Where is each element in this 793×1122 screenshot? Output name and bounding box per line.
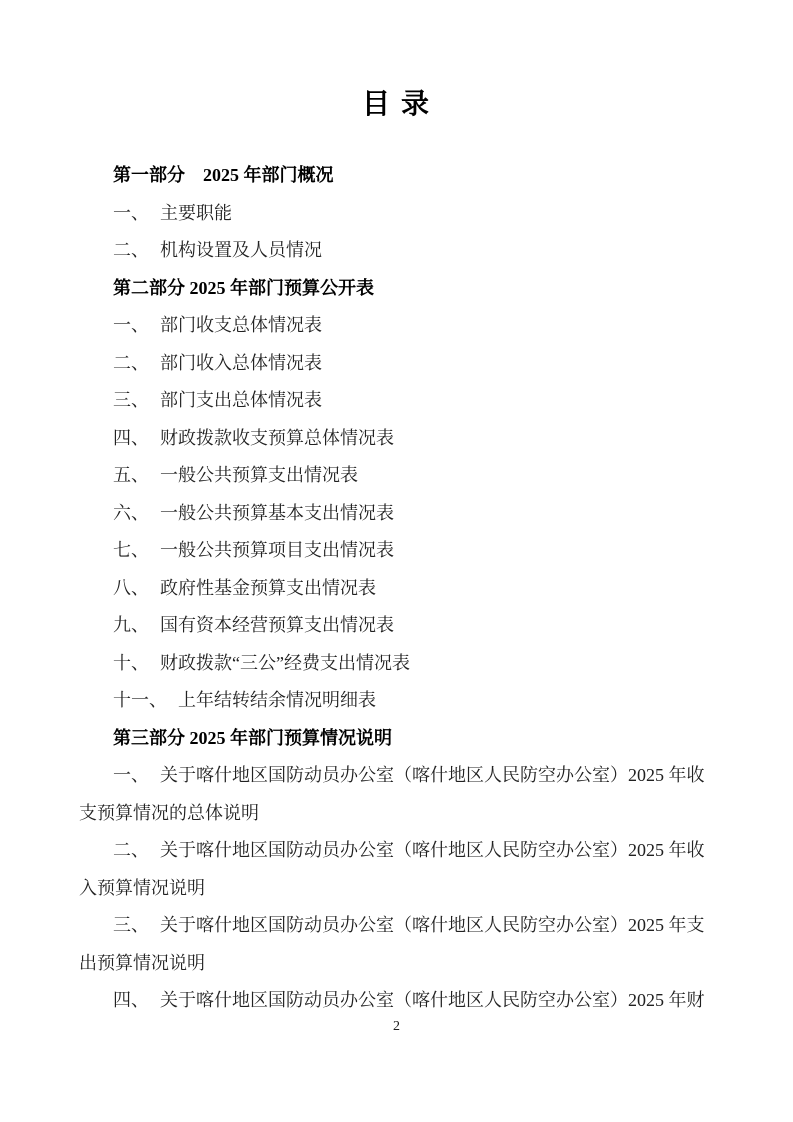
toc-item: 三、关于喀什地区国防动员办公室（喀什地区人民防空办公室）2025 年支	[79, 907, 715, 945]
toc-item: 十、财政拨款“三公”经费支出情况表	[79, 645, 715, 683]
toc-item: 七、一般公共预算项目支出情况表	[79, 532, 715, 570]
toc-item: 一、关于喀什地区国防动员办公室（喀什地区人民防空办公室）2025 年收	[79, 757, 715, 795]
toc-item-number: 四、	[113, 990, 149, 1010]
toc-item-text: 部门支出总体情况表	[160, 390, 322, 410]
section-heading: 第二部分 2025 年部门预算公开表	[79, 270, 715, 308]
toc-item-number: 六、	[113, 503, 149, 523]
toc-item-text: 政府性基金预算支出情况表	[160, 578, 376, 598]
toc-item-continuation: 出预算情况说明	[79, 945, 715, 983]
toc-item-number: 一、	[113, 315, 149, 335]
toc-item-number: 五、	[113, 465, 149, 485]
table-of-contents: 第一部分 2025 年部门概况一、主要职能二、机构设置及人员情况第二部分 202…	[79, 157, 715, 1020]
toc-item: 十一、上年结转结余情况明细表	[79, 682, 715, 720]
toc-item-text: 国有资本经营预算支出情况表	[160, 615, 394, 635]
toc-item-text: 关于喀什地区国防动员办公室（喀什地区人民防空办公室）2025 年支	[160, 915, 705, 935]
toc-item-number: 二、	[113, 840, 149, 860]
toc-item: 四、关于喀什地区国防动员办公室（喀什地区人民防空办公室）2025 年财	[79, 982, 715, 1020]
toc-item: 一、部门收支总体情况表	[79, 307, 715, 345]
toc-item-text: 一般公共预算基本支出情况表	[160, 503, 394, 523]
toc-item: 四、财政拨款收支预算总体情况表	[79, 420, 715, 458]
toc-item-number: 十一、	[113, 690, 167, 710]
toc-item-number: 四、	[113, 428, 149, 448]
toc-item-text: 关于喀什地区国防动员办公室（喀什地区人民防空办公室）2025 年财	[160, 990, 705, 1010]
toc-item-continuation: 支预算情况的总体说明	[79, 795, 715, 833]
toc-item-number: 八、	[113, 578, 149, 598]
toc-item-text: 主要职能	[160, 203, 232, 223]
toc-item: 九、国有资本经营预算支出情况表	[79, 607, 715, 645]
toc-item-text: 财政拨款“三公”经费支出情况表	[160, 653, 410, 673]
toc-item-text: 关于喀什地区国防动员办公室（喀什地区人民防空办公室）2025 年收	[160, 765, 705, 785]
toc-item: 八、政府性基金预算支出情况表	[79, 570, 715, 608]
toc-item-number: 一、	[113, 203, 149, 223]
section-heading: 第三部分 2025 年部门预算情况说明	[79, 720, 715, 758]
toc-item-text: 上年结转结余情况明细表	[178, 690, 376, 710]
toc-item-number: 三、	[113, 390, 149, 410]
toc-item-number: 七、	[113, 540, 149, 560]
page-number: 2	[0, 1017, 793, 1037]
toc-item-text: 一般公共预算支出情况表	[160, 465, 358, 485]
toc-item: 五、一般公共预算支出情况表	[79, 457, 715, 495]
toc-item-text: 部门收入总体情况表	[160, 353, 322, 373]
toc-item-number: 十、	[113, 653, 149, 673]
toc-item-text: 财政拨款收支预算总体情况表	[160, 428, 394, 448]
toc-item-number: 九、	[113, 615, 149, 635]
toc-item: 二、关于喀什地区国防动员办公室（喀什地区人民防空办公室）2025 年收	[79, 832, 715, 870]
document-page: 目 录 第一部分 2025 年部门概况一、主要职能二、机构设置及人员情况第二部分…	[0, 0, 793, 1122]
toc-item: 三、部门支出总体情况表	[79, 382, 715, 420]
toc-item-number: 二、	[113, 353, 149, 373]
toc-item-number: 一、	[113, 765, 149, 785]
toc-item-number: 二、	[113, 240, 149, 260]
toc-item-text: 关于喀什地区国防动员办公室（喀什地区人民防空办公室）2025 年收	[160, 840, 705, 860]
page-title: 目 录	[0, 82, 793, 122]
toc-item: 二、部门收入总体情况表	[79, 345, 715, 383]
toc-item: 一、主要职能	[79, 195, 715, 233]
toc-item: 二、机构设置及人员情况	[79, 232, 715, 270]
section-heading: 第一部分 2025 年部门概况	[79, 157, 715, 195]
toc-item-text: 一般公共预算项目支出情况表	[160, 540, 394, 560]
toc-item-continuation: 入预算情况说明	[79, 870, 715, 908]
toc-item-text: 机构设置及人员情况	[160, 240, 322, 260]
toc-item-text: 部门收支总体情况表	[160, 315, 322, 335]
toc-item: 六、一般公共预算基本支出情况表	[79, 495, 715, 533]
toc-item-number: 三、	[113, 915, 149, 935]
